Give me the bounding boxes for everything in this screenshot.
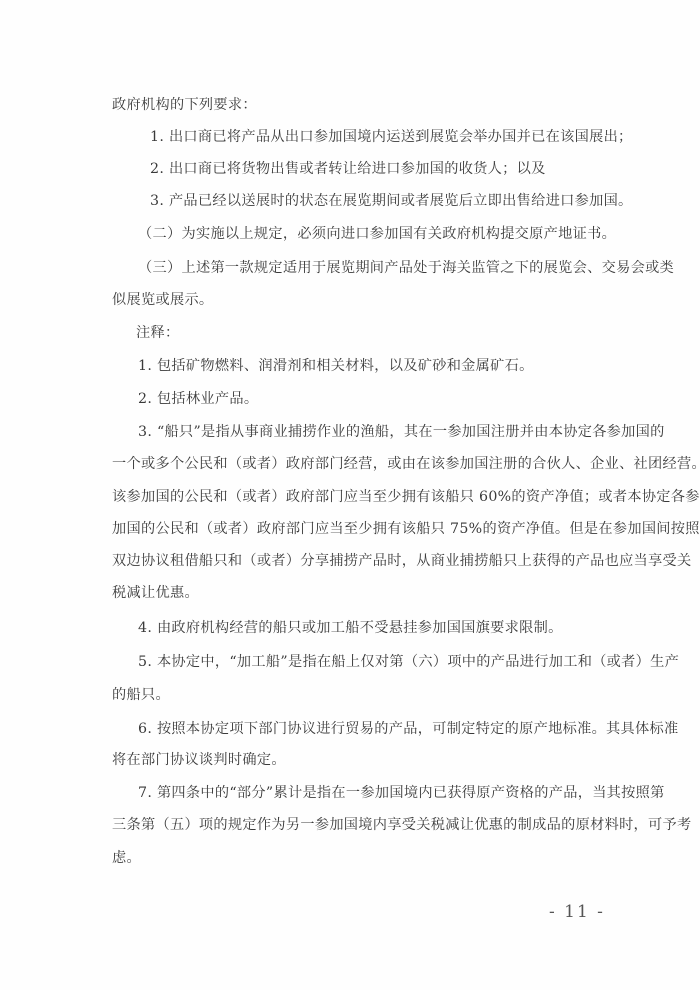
document-page: 政府机构的下列要求： 1. 出口商已将产品从出口参加国境内运送到展览会举办国并已…: [0, 0, 700, 990]
paragraph-line: （三）上述第一款规定适用于展览期间产品处于海关监管之下的展览会、交易会或类: [138, 258, 602, 278]
note-line: 加国的公民和（或者）政府部门应当至少拥有该船只 75%的资产净值。但是在参加国间…: [112, 519, 602, 539]
note-item: 7. 第四条中的“部分”累计是指在一参加国境内已获得原产资格的产品，当其按照第: [138, 783, 602, 803]
page-number: - 11 -: [549, 902, 605, 922]
note-item: 1. 包括矿物燃料、润滑剂和相关材料，以及矿砂和金属矿石。: [138, 356, 628, 376]
note-item: 3. “船只”是指从事商业捕捞作业的渔船，其在一参加国注册并由本协定各参加国的: [138, 422, 602, 442]
note-item: 5. 本协定中，“加工船”是指在船上仅对第（六）项中的产品进行加工和（或者）生产: [138, 652, 602, 672]
paragraph-line: 似展览或展示。: [112, 290, 602, 310]
list-item: 2. 出口商已将货物出售或者转让给进口参加国的收货人；以及: [150, 159, 640, 179]
text-line: 政府机构的下列要求：: [112, 95, 602, 115]
note-line: 将在部门协议谈判时确定。: [112, 750, 602, 770]
list-item: 3. 产品已经以送展时的状态在展览期间或者展览后立即出售给进口参加国。: [150, 191, 640, 211]
list-item: 1. 出口商已将产品从出口参加国境内运送到展览会举办国并已在该国展出；: [150, 127, 640, 147]
note-line: 的船只。: [112, 685, 602, 705]
paragraph-line: （二）为实施以上规定，必须向进口参加国有关政府机构提交原产地证书。: [138, 224, 628, 244]
note-line: 税减让优惠。: [112, 583, 602, 603]
note-line: 该参加国的公民和（或者）政府部门应当至少拥有该船只 60%的资产净值；或者本协定…: [112, 487, 602, 507]
note-line: 虑。: [112, 848, 602, 868]
note-line: 双边协议租借船只和（或者）分享捕捞产品时，从商业捕捞船只上获得的产品也应当享受关: [112, 551, 602, 571]
note-line: 一个或多个公民和（或者）政府部门经营，或由在该参加国注册的合伙人、企业、社团经营…: [112, 454, 602, 474]
note-item: 4. 由政府机构经营的船只或加工船不受悬挂参加国国旗要求限制。: [138, 618, 628, 638]
note-item: 2. 包括林业产品。: [138, 389, 628, 409]
note-line: 三条第（五）项的规定作为另一参加国境内享受关税减让优惠的制成品的原材料时，可予考: [112, 815, 602, 835]
notes-heading: 注释：: [136, 323, 626, 343]
note-item: 6. 按照本协定项下部门协议进行贸易的产品，可制定特定的原产地标准。其具体标准: [138, 719, 602, 739]
